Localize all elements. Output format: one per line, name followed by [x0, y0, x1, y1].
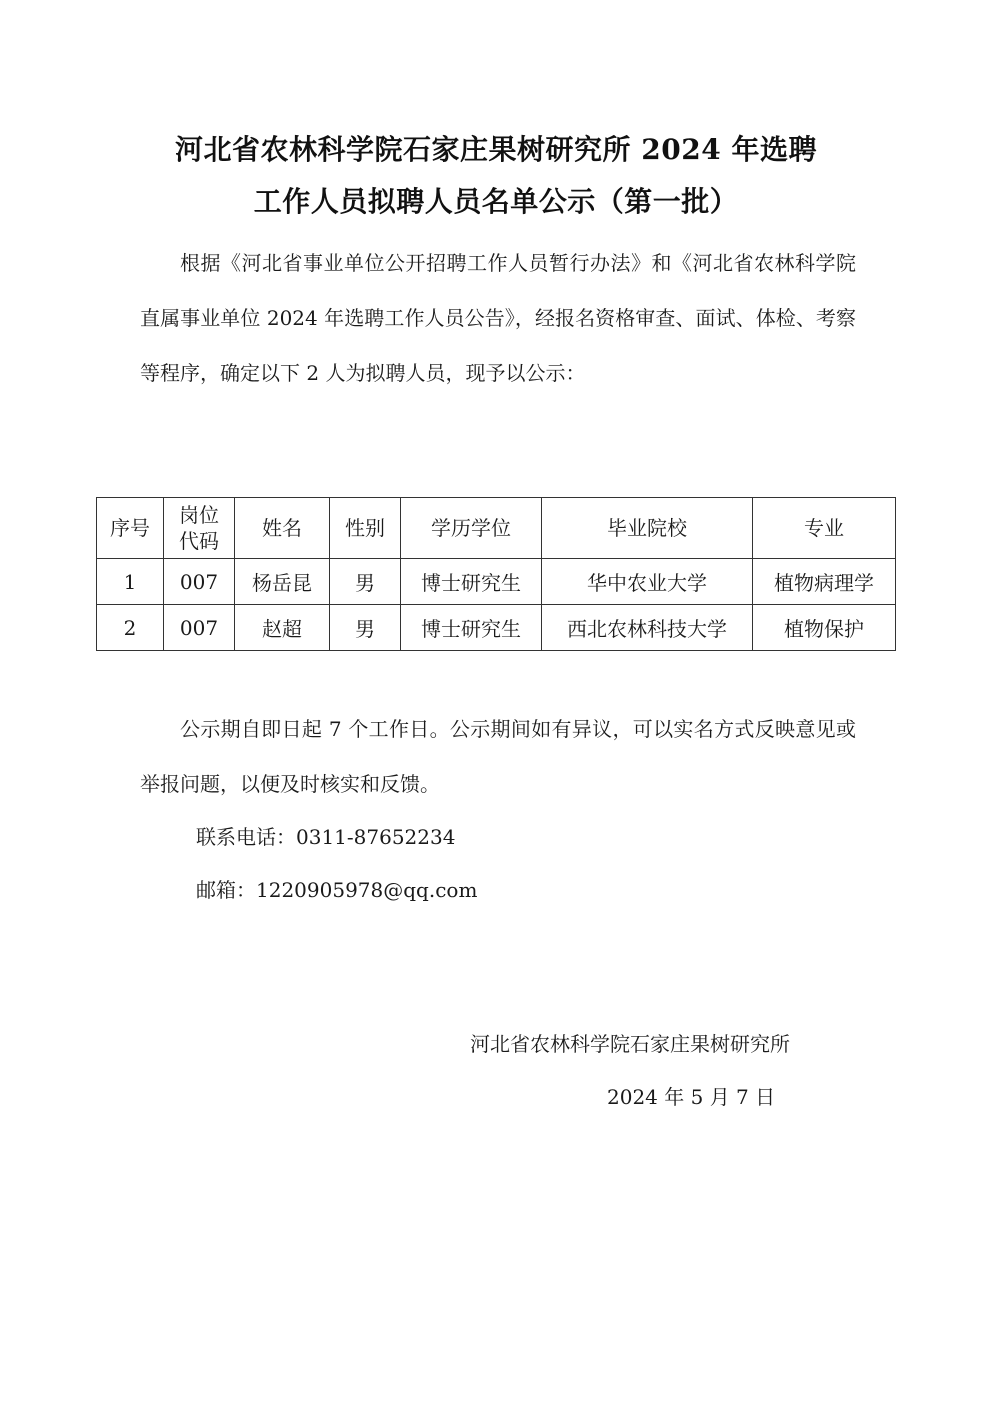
header-code-line2: 代码	[164, 528, 234, 554]
cell-major: 植物病理学	[753, 559, 896, 605]
cell-school: 华中农业大学	[542, 559, 753, 605]
header-gender: 性别	[330, 498, 401, 559]
header-position-code: 岗位 代码	[164, 498, 235, 559]
document-title-line-2: 工作人员拟聘人员名单公示（第一批）	[0, 180, 992, 220]
intro-paragraph: 根据《河北省事业单位公开招聘工作人员暂行办法》和《河北省农林科学院直属事业单位 …	[140, 236, 856, 401]
cell-degree: 博士研究生	[401, 605, 542, 651]
table-row: 2 007 赵超 男 博士研究生 西北农林科技大学 植物保护	[97, 605, 896, 651]
cell-degree: 博士研究生	[401, 559, 542, 605]
signature-organization: 河北省农林科学院石家庄果树研究所	[470, 1028, 790, 1057]
cell-index: 2	[97, 605, 164, 651]
header-code-line1: 岗位	[164, 502, 234, 528]
table-row: 1 007 杨岳昆 男 博士研究生 华中农业大学 植物病理学	[97, 559, 896, 605]
header-school: 毕业院校	[542, 498, 753, 559]
candidate-table: 序号 岗位 代码 姓名 性别 学历学位 毕业院校 专业 1 007 杨岳昆 男 …	[96, 497, 896, 651]
notice-paragraph: 公示期自即日起 7 个工作日。公示期间如有异议，可以实名方式反映意见或举报问题，…	[140, 702, 856, 812]
cell-major: 植物保护	[753, 605, 896, 651]
header-name: 姓名	[235, 498, 330, 559]
cell-gender: 男	[330, 559, 401, 605]
header-index: 序号	[97, 498, 164, 559]
contact-email: 邮箱：1220905978@qq.com	[196, 874, 477, 903]
header-degree: 学历学位	[401, 498, 542, 559]
signature-date: 2024 年 5 月 7 日	[607, 1081, 775, 1110]
cell-index: 1	[97, 559, 164, 605]
contact-phone: 联系电话：0311-87652234	[196, 821, 455, 850]
document-title-line-1: 河北省农林科学院石家庄果树研究所 2024 年选聘	[0, 128, 992, 168]
cell-school: 西北农林科技大学	[542, 605, 753, 651]
cell-name: 赵超	[235, 605, 330, 651]
cell-position-code: 007	[164, 605, 235, 651]
header-major: 专业	[753, 498, 896, 559]
cell-gender: 男	[330, 605, 401, 651]
table-header-row: 序号 岗位 代码 姓名 性别 学历学位 毕业院校 专业	[97, 498, 896, 559]
cell-position-code: 007	[164, 559, 235, 605]
cell-name: 杨岳昆	[235, 559, 330, 605]
